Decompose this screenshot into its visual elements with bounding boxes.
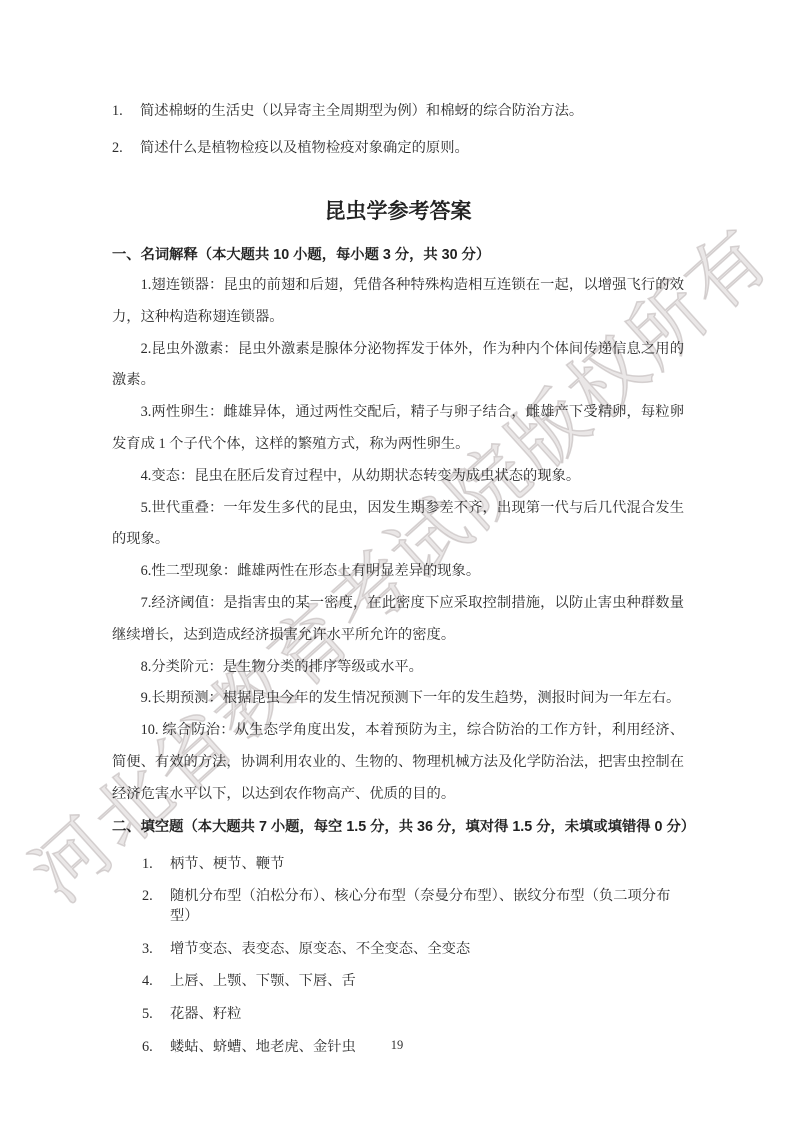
definition-paragraph: 6.性二型现象：雌雄两性在形态上有明显差异的现象。 [112,556,684,588]
definition-paragraph: 1.翅连锁器：昆虫的前翅和后翅，凭借各种特殊构造相互连锁在一起，以增强飞行的效力… [112,270,684,334]
answer-text: 增节变态、表变态、原变态、不全变态、全变态 [170,939,684,959]
intro-question: 1. 简述棉蚜的生活史（以异寄主全周期型为例）和棉蚜的综合防治方法。 [112,101,684,121]
fill-answer: 5. 花器、籽粒 [112,1004,684,1024]
answer-number: 4. [142,971,170,991]
definition-paragraph: 5.世代重叠：一年发生多代的昆虫，因发生期参差不齐，出现第一代与后几代混合发生的… [112,493,684,557]
section2-answer-list: 1. 柄节、梗节、鞭节 2. 随机分布型（泊松分布）、核心分布型（奈曼分布型）、… [112,843,684,1057]
answer-number: 5. [142,1004,170,1024]
section1-body: 1.翅连锁器：昆虫的前翅和后翅，凭借各种特殊构造相互连锁在一起，以增强飞行的效力… [112,270,684,811]
question-text: 简述棉蚜的生活史（以异寄主全周期型为例）和棉蚜的综合防治方法。 [140,101,684,121]
definition-paragraph: 2.昆虫外激素：昆虫外激素是腺体分泌物挥发于体外，作为种内个体间传递信息之用的激… [112,334,684,398]
page-content: 1. 简述棉蚜的生活史（以异寄主全周期型为例）和棉蚜的综合防治方法。 2. 简述… [112,0,684,1069]
question-text: 简述什么是植物检疫以及植物检疫对象确定的原则。 [140,138,684,158]
question-number: 1. [112,101,140,121]
fill-answer: 4. 上唇、上颚、下颚、下唇、舌 [112,971,684,991]
answer-text: 花器、籽粒 [170,1004,684,1024]
answer-text: 上唇、上颚、下颚、下唇、舌 [170,971,684,991]
definition-paragraph: 10. 综合防治：从生态学角度出发，本着预防为主，综合防治的工作方针，利用经济、… [112,715,684,810]
definition-paragraph: 7.经济阈值：是指害虫的某一密度，在此密度下应采取控制措施，以防止害虫种群数量继… [112,588,684,652]
fill-answer: 1. 柄节、梗节、鞭节 [112,854,684,874]
intro-question-list: 1. 简述棉蚜的生活史（以异寄主全周期型为例）和棉蚜的综合防治方法。 2. 简述… [112,0,684,158]
answer-number: 2. [142,886,170,926]
definition-paragraph: 8.分类阶元：是生物分类的排序等级或水平。 [112,652,684,684]
definition-paragraph: 4.变态：昆虫在胚后发育过程中，从幼期状态转变为成虫状态的现象。 [112,461,684,493]
fill-answer: 3. 增节变态、表变态、原变态、不全变态、全变态 [112,939,684,959]
answer-text: 随机分布型（泊松分布）、核心分布型（奈曼分布型）、嵌纹分布型（负二项分布型） [170,886,684,926]
intro-question: 2. 简述什么是植物检疫以及植物检疫对象确定的原则。 [112,138,684,158]
answer-text: 柄节、梗节、鞭节 [170,854,684,874]
definition-paragraph: 3.两性卵生：雌雄异体，通过两性交配后，精子与卵子结合，雌雄产下受精卵，每粒卵发… [112,397,684,461]
fill-answer: 2. 随机分布型（泊松分布）、核心分布型（奈曼分布型）、嵌纹分布型（负二项分布型… [112,886,684,926]
answer-number: 3. [142,939,170,959]
page-title: 昆虫学参考答案 [112,198,684,226]
question-number: 2. [112,138,140,158]
section2-heading: 二、填空题（本大题共 7 小题，每空 1.5 分，共 36 分，填对得 1.5 … [112,811,684,843]
answer-number: 1. [142,854,170,874]
page-number: 19 [0,1038,794,1053]
definition-paragraph: 9.长期预测：根据昆虫今年的发生情况预测下一年的发生趋势，测报时间为一年左右。 [112,683,684,715]
document-page: 河北省教育考试院版权所有 1. 简述棉蚜的生活史（以异寄主全周期型为例）和棉蚜的… [0,0,794,1123]
section1-heading: 一、名词解释（本大题共 10 小题，每小题 3 分，共 30 分） [112,240,684,270]
